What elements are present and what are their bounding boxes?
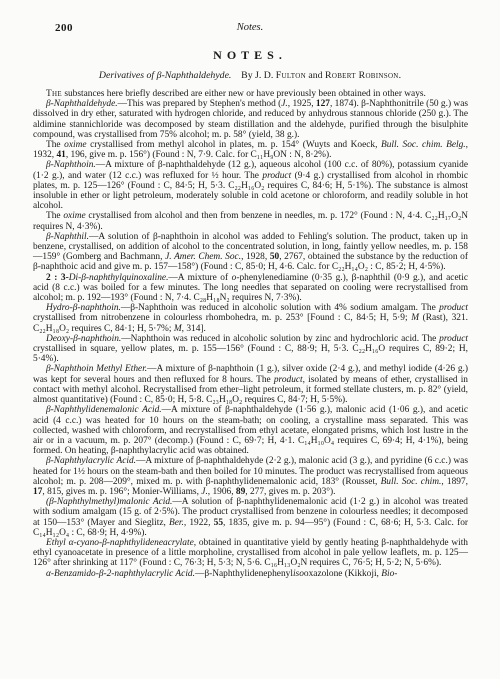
paragraph-intro: The substances here briefly described ar… bbox=[33, 89, 468, 99]
section-heading: NOTES. bbox=[0, 49, 500, 62]
paragraph-naphthoin: β-Naphthoin.—A mixture of β-naphthaldehy… bbox=[33, 160, 468, 211]
paragraph-benzamido-acrylic: α-Benzamido-β-2-naphthylacrylic Acid.—β-… bbox=[33, 569, 468, 579]
paragraph-naphthaldehyde: β-Naphthaldehyde.—This was prepared by S… bbox=[33, 99, 468, 140]
paragraph-methyl-ether: β-Naphthoin Methyl Ether.—A mixture of β… bbox=[33, 364, 468, 405]
paragraph-deoxy-naphthoin: Deoxy-β-naphthoin.—Naphthoin was reduced… bbox=[33, 334, 468, 365]
paragraph-quinoxaline: 2 : 3-Di-β-naphthylquinoxaline.—A mixtur… bbox=[33, 273, 468, 304]
paragraph-oxime-1: The oxime crystallised from methyl alcoh… bbox=[33, 140, 468, 160]
paragraph-naphthylmethylmalonic: (β-Naphthylmethyl)malonic Acid.—A soluti… bbox=[33, 497, 468, 538]
paragraph-hydro-naphthoin: Hydro-β-naphthoin.—β-Naphthoin was reduc… bbox=[33, 303, 468, 334]
running-head: Notes. bbox=[0, 22, 500, 34]
journal-page: 200 Notes. NOTES. Derivatives of β-Napht… bbox=[0, 0, 500, 679]
paragraph-ethyl-cyano-acrylate: Ethyl α-cyano-β-naphthylideneacrylate, o… bbox=[33, 538, 468, 569]
paragraph-oxime-2: The oxime crystallised from alcohol and … bbox=[33, 211, 468, 231]
paragraph-naphthylacrylic: β-Naphthylacrylic Acid.—A mixture of β-n… bbox=[33, 456, 468, 497]
article-body: The substances here briefly described ar… bbox=[33, 89, 468, 579]
paragraph-naphthylidenemalonic: β-Naphthylidenemalonic Acid.—A mixture o… bbox=[33, 405, 468, 456]
paragraph-naphthil: β-Naphthil.—A solution of β-naphthoin in… bbox=[33, 232, 468, 273]
article-byline: Derivatives of β-Naphthaldehyde. By J. D… bbox=[30, 70, 470, 81]
